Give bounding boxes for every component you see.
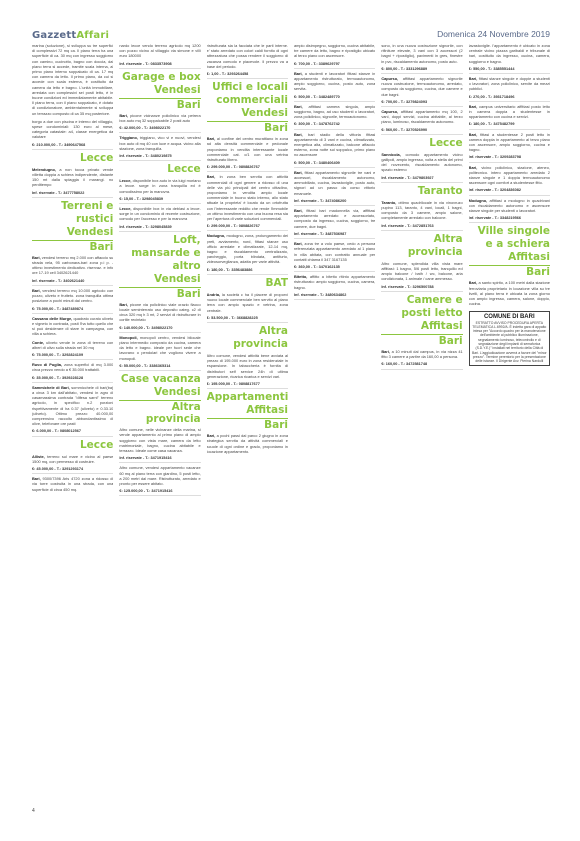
column-6: lavastoviglie. l'appartamento è ubicato … (469, 41, 550, 821)
section-subtitle: Vendesi (207, 107, 288, 120)
section-subtitle: Vendesi (119, 273, 200, 286)
classified-ad: Lecce, disponibile box in via deblasi a … (119, 206, 200, 222)
ad-price-phone: Inf. riservate - T.: 3472851763 (381, 224, 462, 231)
ad-text: sommicchele di bari(ba) a circa 3 km dal… (32, 385, 113, 426)
ad-price-phone: Inf. riservate - T.: 3480219875 (119, 154, 200, 161)
section-heading: Altra provincia (381, 233, 462, 259)
classified-ad: sono, in una nuova costruzione signorile… (381, 43, 462, 64)
classified-ad: Bari, zona tre a volo paese, cedo a pers… (294, 241, 375, 262)
section-subtitle: Vendesi (32, 226, 113, 239)
ad-text: nardo lecce vendo terreno agricolo mq 12… (119, 43, 200, 58)
classified-ad: Bari, vendesi terreno mq 10.000 agricolo… (32, 288, 113, 304)
section-subtitle: Affitasi (207, 404, 288, 417)
section-city: Bari (32, 240, 113, 253)
classified-ad: Melendugno, a non tocca privato vende vi… (32, 167, 113, 188)
ad-text: a studenti e lavoratori fittasi stanze i… (294, 71, 375, 92)
classified-ad: Bari, bari stadio della vittoria fittasi… (294, 132, 375, 158)
section-heading: Garage e boxVendesiBari (119, 71, 200, 111)
ad-price-phone: €: 550,00 - T.: 3385551444 (469, 67, 550, 74)
section-city: Bari (207, 418, 288, 431)
ad-text: al confine del centro murattiano in zona… (207, 136, 288, 162)
ad-text: terreno sul mare e vicino al paese 1500 … (32, 454, 113, 464)
ad-text: Altro comune, vendesi attività bene avvi… (207, 353, 288, 379)
ad-price-phone: €: 300,00 - T.: 3478762742 (294, 122, 375, 129)
section-heading: Lecce (381, 137, 462, 150)
classifieds-columns: marina (soluzione), si sviluppa su tre s… (32, 41, 550, 821)
classified-ad: Bari, a pochi passi dal parco 2 giugno i… (207, 433, 288, 454)
section-city: Bari (469, 265, 550, 278)
issue-date: Domenica 24 Novembre 2019 (437, 29, 550, 39)
ad-text: affittasi camera singola, ampio soggiorn… (294, 104, 375, 119)
ad-price-phone: €: 140.000,00 - T.: 3498022170 (119, 326, 200, 333)
ad-text: disponibile box in via deblasi a lecce. … (119, 206, 200, 221)
classified-ad: Bari, fittasi appartamento signorile tre… (294, 170, 375, 196)
ad-price-phone: €: 42.000,00 - T.: 3498022170 (119, 126, 200, 133)
ad-price-phone: Inf. riservate - T.: 3296500788 (381, 285, 462, 292)
section-heading: Lecce (32, 439, 113, 452)
classified-ad: Bari, affittasi camera singola, ampio so… (294, 104, 375, 120)
section-title: BAT (207, 277, 288, 290)
section-city: Bari (381, 334, 462, 347)
ad-price-phone: €: 700,00 - T.: 3279824093 (381, 100, 462, 107)
ad-text: fittasi stanze singole e doppie a studen… (469, 76, 550, 91)
classified-ad: lavastoviglie. l'appartamento è ubicato … (469, 43, 550, 64)
classified-ad: Capurso, affittasi appartamento signoril… (381, 76, 462, 97)
column-2: nardo lecce vendo terreno agricolo mq 12… (119, 41, 200, 821)
ad-price-phone: €: 55.000,00 - T.: 3386365314 (119, 364, 200, 371)
ad-text: marina (soluzione), si sviluppa su tre s… (32, 43, 113, 116)
ad-price-phone: €: 15,00 - T.: 3298045839 (119, 197, 200, 204)
classified-ad: Altro comune, nelle vicinanze della mari… (119, 427, 200, 453)
logo-accent: Affari (76, 30, 109, 41)
classified-ad: Bari, 9300/7396 Aris 4720 zona a ridosso… (32, 476, 113, 492)
ad-price-phone: Inf. riservate - T.: 3209283798 (469, 155, 550, 162)
section-title: Lecce (381, 137, 462, 150)
notice-title: COMUNE DI BARI (472, 314, 547, 321)
classified-ad: Andria, la società c ha il piacere di pr… (207, 292, 288, 313)
classified-ad: Bari, in zona ben servita con attività c… (207, 174, 288, 221)
section-subtitle: Vendesi (119, 386, 200, 399)
ad-text: ampio disimpegno, soggiorno, cucina abit… (294, 43, 375, 58)
classified-ad: Bari, picone vicinanze policlinico via p… (119, 113, 200, 123)
classified-ad: Alliste, terreno sul mare e vicino al pa… (32, 454, 113, 464)
ad-price-phone: Inf. riservate - T.: 3474086200 (294, 199, 375, 206)
section-subtitle: Affitasi (381, 320, 462, 333)
ad-price-phone: €: 1,00 - T.: 3293264458 (207, 72, 288, 79)
classified-ad: nardo lecce vendo terreno agricolo mq 12… (119, 43, 200, 59)
ad-text: Altro comune, vendesi appartamento vacan… (119, 465, 200, 486)
classified-ad: Bari, fittasi bari madonnella via, affit… (294, 208, 375, 229)
column-1: marina (soluzione), si sviluppa su tre s… (32, 41, 113, 821)
ad-text: a 10 minuti dal campus, in via nizza 41 … (381, 349, 462, 359)
ad-text: lavastoviglie. l'appartamento è ubicato … (469, 43, 550, 64)
ad-text: bari stadio della vittoria fittasi appar… (294, 132, 375, 158)
ad-text: vicino policlinico, stazione, ateneo, po… (469, 165, 550, 186)
ad-text: picone via policlinico viale orazio flac… (119, 302, 200, 323)
classified-ad: Bari, a santo spirito, a 100 metri dalla… (469, 280, 550, 306)
ad-price-phone: €: 299.000,00 - T.: 0808826767 (207, 224, 288, 231)
masthead-logo: GazzettAffari (32, 30, 109, 41)
ad-price-phone: €: 180,00 - T.: 3475482799 (469, 122, 550, 129)
ad-price-phone: Inf. riservate - T.: 3298045839 (119, 225, 200, 232)
ad-text: fittasi bari madonnella via, affittasi a… (294, 208, 375, 229)
section-title: Case vacanza (119, 373, 200, 386)
ad-price-phone: €: 75.000,00 - T.: 3292824109 (32, 353, 113, 360)
classified-ad: Altro comune, vendesi attività bene avvi… (207, 353, 288, 379)
section-title: Taranto (381, 185, 462, 198)
section-title: Garage e box (119, 71, 200, 84)
ad-price-phone: €: 270,00 - T.: 3931718496 (469, 95, 550, 102)
classified-ad: Bari, a 10 minuti dal campus, in via niz… (381, 349, 462, 359)
section-heading: Camere e posti lettoAffitasiBari (381, 294, 462, 347)
classified-ad: Conte, uliveto vende in zona di terreno … (32, 340, 113, 350)
classified-ad: Capurso, affittasi appartamento mq 100, … (381, 109, 462, 125)
ad-price-phone: Inf. riservate - T.: 0833573908 (119, 62, 200, 69)
ad-price-phone: €: 6.000,00 - T.: 0808012567 (32, 429, 113, 436)
ad-price-phone: Inf. riservate - T.: 3402621440 (32, 279, 113, 286)
ad-price-phone: €: 500,00 - T.: 3482489770 (294, 95, 375, 102)
section-city: Altra provincia (119, 400, 200, 425)
ad-text: modugno, zona, prolungamento dei preti, … (207, 233, 288, 264)
section-title: Appartamenti (207, 391, 288, 404)
ad-text: 9300/7396 Aris 4720 zona a ridosso di vi… (32, 476, 113, 491)
section-heading: Lecce (119, 163, 200, 176)
ad-text: a santo spirito, a 100 metri dalla stazi… (469, 280, 550, 306)
classified-ad: Sannicola, comodo appartamento vicino ga… (381, 152, 462, 173)
ad-text: uliveto vende in zona di terreno con alb… (32, 340, 113, 350)
ad-price-phone: €: 500,00 - T.: 3480406409 (294, 161, 375, 168)
ad-text: campus universitario affittasi posto let… (469, 104, 550, 119)
section-heading: Uffici e locali commercialiVendesiBari (207, 81, 288, 134)
column-3: ristrutturata sia la facciata che le par… (207, 41, 288, 821)
ad-price-phone: Inf. riservate - T.: 3477758022 (32, 191, 113, 198)
ad-text: fittasi a studentesse 2 posti letto in c… (469, 132, 550, 153)
ad-price-phone: €: 75.000,00 - T.: 3487489874 (32, 307, 113, 314)
ad-price-phone: €: 210.000,00 - T.: 3490647568 (32, 143, 113, 150)
ad-text: affitto a bitetto ritinto appartamento r… (294, 274, 375, 289)
classified-ad: Altro comune, splendida villa vista mare… (381, 261, 462, 282)
section-heading: Altra provincia (207, 325, 288, 351)
ad-price-phone: €: 195.000,00 - T.: 0808817677 (207, 382, 288, 389)
ad-price-phone: €: 299.000,00 - T.: 0808826767 (207, 165, 288, 172)
section-heading: Ville singole e a schieraAffitasiBari (469, 225, 550, 278)
ad-price-phone: Inf. riservate - T.: 3204836082 (469, 188, 550, 195)
section-title: Uffici e locali commerciali (207, 81, 288, 107)
classified-ad: Bari, a studenti e lavoratori fittasi st… (294, 71, 375, 92)
ad-price-phone: €: 53.500,00 - T.: 3668828225 (207, 316, 288, 323)
ad-text: ristrutturata sia la facciata che le par… (207, 43, 288, 69)
classified-ad: Taranto, ottimo quadrilocale in via vino… (381, 200, 462, 221)
ad-text: picone vicinanze policlinico via petrera… (119, 113, 200, 123)
ad-price-phone: Inf. riservate - T.: 3479803927 (381, 176, 462, 183)
section-heading: BAT (207, 277, 288, 290)
ad-price-phone: €: 180,00 - T.: 3356483886 (207, 268, 288, 275)
section-heading: Lecce (32, 152, 113, 165)
ad-text: Altro comune, splendida villa vista mare… (381, 261, 462, 282)
classified-ad: Bari, picone via policlinico viale orazi… (119, 302, 200, 323)
ad-text: zona tre a volo paese, cedo a persona re… (294, 241, 375, 262)
notice-body: ESTRATTO AVVISO PROCEDURA APERTA TELEMAT… (472, 321, 547, 364)
section-title: Camere e posti letto (381, 294, 462, 320)
classified-ad: Sammichele di Bari, sommicchele di bari(… (32, 385, 113, 427)
ad-price-phone: €: 125.000,00 - T.: 3471915416 (119, 489, 200, 496)
column-5: sono, in una nuova costruzione signorile… (381, 41, 462, 821)
classified-ad: Cassano delle Murge, quadrato curato uli… (32, 316, 113, 337)
ad-text: a pochi passi dal parco 2 giugno in zona… (207, 433, 288, 454)
ad-price-phone: €: 160,00 - T.: 3472581748 (381, 362, 462, 369)
ad-price-phone: €: 45.000,00 - T.: 3291293174 (32, 467, 113, 474)
ad-text: sono, in una nuova costruzione signorile… (381, 43, 462, 64)
classified-ad: Monopoli, monopoli centro, vendesi biloc… (119, 335, 200, 361)
ad-price-phone: €: 800,00 - T.: 3331296889 (381, 67, 462, 74)
ad-price-phone: Inf. riservate - T.: 3480634862 (294, 293, 375, 300)
ad-price-phone: Inf. riservate - T.: 3471915416 (119, 456, 200, 463)
classified-ad: Bari, al confine del centro murattiano i… (207, 136, 288, 162)
ad-text: borgo a due con piscina e interno del vi… (32, 119, 113, 140)
ad-text: vendesi terreno mq 2.000 con affaccio su… (32, 255, 113, 276)
classified-ad: Bari, fittasi stanze singole e doppie a … (469, 76, 550, 92)
classified-ad: Bari, fittasi a studentesse 2 posti lett… (469, 132, 550, 153)
classified-ad: Altro comune, vendesi appartamento vacan… (119, 465, 200, 486)
section-title: Terreni e rustici (32, 200, 113, 226)
ad-text: vendesi terreno mq 10.000 agricolo con p… (32, 288, 113, 303)
classified-ad: Triggiano, triggiano, vico vi e nuovi, v… (119, 135, 200, 151)
section-city: Bari (207, 121, 288, 134)
ad-price-phone: €: 35.000,00 - T.: 3929228128 (32, 376, 113, 383)
classified-ad: Bari, campus universitario affittasi pos… (469, 104, 550, 120)
ad-text: Altro comune, nelle vicinanze della mari… (119, 427, 200, 453)
classified-ad: Modugno, modugno, zona, prolungamento de… (207, 233, 288, 264)
section-heading: Taranto (381, 185, 462, 198)
public-notice: COMUNE DI BARIESTRATTO AVVISO PROCEDURA … (469, 311, 550, 367)
section-heading: Case vacanzaVendesiAltra provincia (119, 373, 200, 425)
classified-ad: ampio disimpegno, soggiorno, cucina abit… (294, 43, 375, 59)
ad-price-phone: €: 560,00 - T.: 3270526990 (381, 128, 462, 135)
ad-price-phone: €: 700,00 - T.: 3389629797 (294, 62, 375, 69)
logo-main: Gazzett (32, 30, 76, 41)
section-title: Lecce (32, 439, 113, 452)
section-city: Bari (119, 98, 200, 111)
ad-text: in zona ben servita con attività commerc… (207, 174, 288, 221)
ad-text: fittasi appartamento signorile tre vani … (294, 170, 375, 196)
classified-ad: Bari, vendesi terreno mq 2.000 con affac… (32, 255, 113, 276)
section-title: Lecce (119, 163, 200, 176)
classified-ad: borgo a due con piscina e interno del vi… (32, 119, 113, 140)
classified-ad: Bari, vicino policlinico, stazione, aten… (469, 165, 550, 186)
ad-price-phone: Inf. riservate - T.: 3487536987 (294, 232, 375, 239)
classified-ad: Ruvo di Puglia, zona superfici di mq 3.0… (32, 362, 113, 372)
section-title: Lecce (32, 152, 113, 165)
section-title: Altra provincia (381, 233, 462, 259)
section-title: Loft, mansarde e altro (119, 234, 200, 273)
classified-ad: ristrutturata sia la facciata che le par… (207, 43, 288, 69)
section-subtitle: Affitasi (469, 251, 550, 264)
classified-ad: Bitetto, affitto a bitetto ritinto appar… (294, 274, 375, 290)
section-title: Ville singole e a schiera (469, 225, 550, 251)
ad-text: disponibile box auto in via luigi morian… (119, 178, 200, 193)
section-heading: Loft, mansarde e altroVendesiBari (119, 234, 200, 300)
ad-price-phone: Inf. riservate - T.: 3348219566 (469, 216, 550, 223)
page-number: 4 (32, 808, 35, 814)
section-heading: Terreni e rusticiVendesiBari (32, 200, 113, 253)
section-title: Altra provincia (207, 325, 288, 351)
classified-ad: Modugno, affittasi a modugno in quadriva… (469, 198, 550, 214)
classified-ad: Lecce, disponibile box auto in via luigi… (119, 178, 200, 194)
ad-price-phone: €: 360,00 - T.: 3470162135 (294, 265, 375, 272)
section-subtitle: Vendesi (119, 84, 200, 97)
column-4: ampio disimpegno, soggiorno, cucina abit… (294, 41, 375, 821)
section-city: Bari (119, 287, 200, 300)
classified-ad: marina (soluzione), si sviluppa su tre s… (32, 43, 113, 116)
section-heading: AppartamentiAffitasiBari (207, 391, 288, 431)
